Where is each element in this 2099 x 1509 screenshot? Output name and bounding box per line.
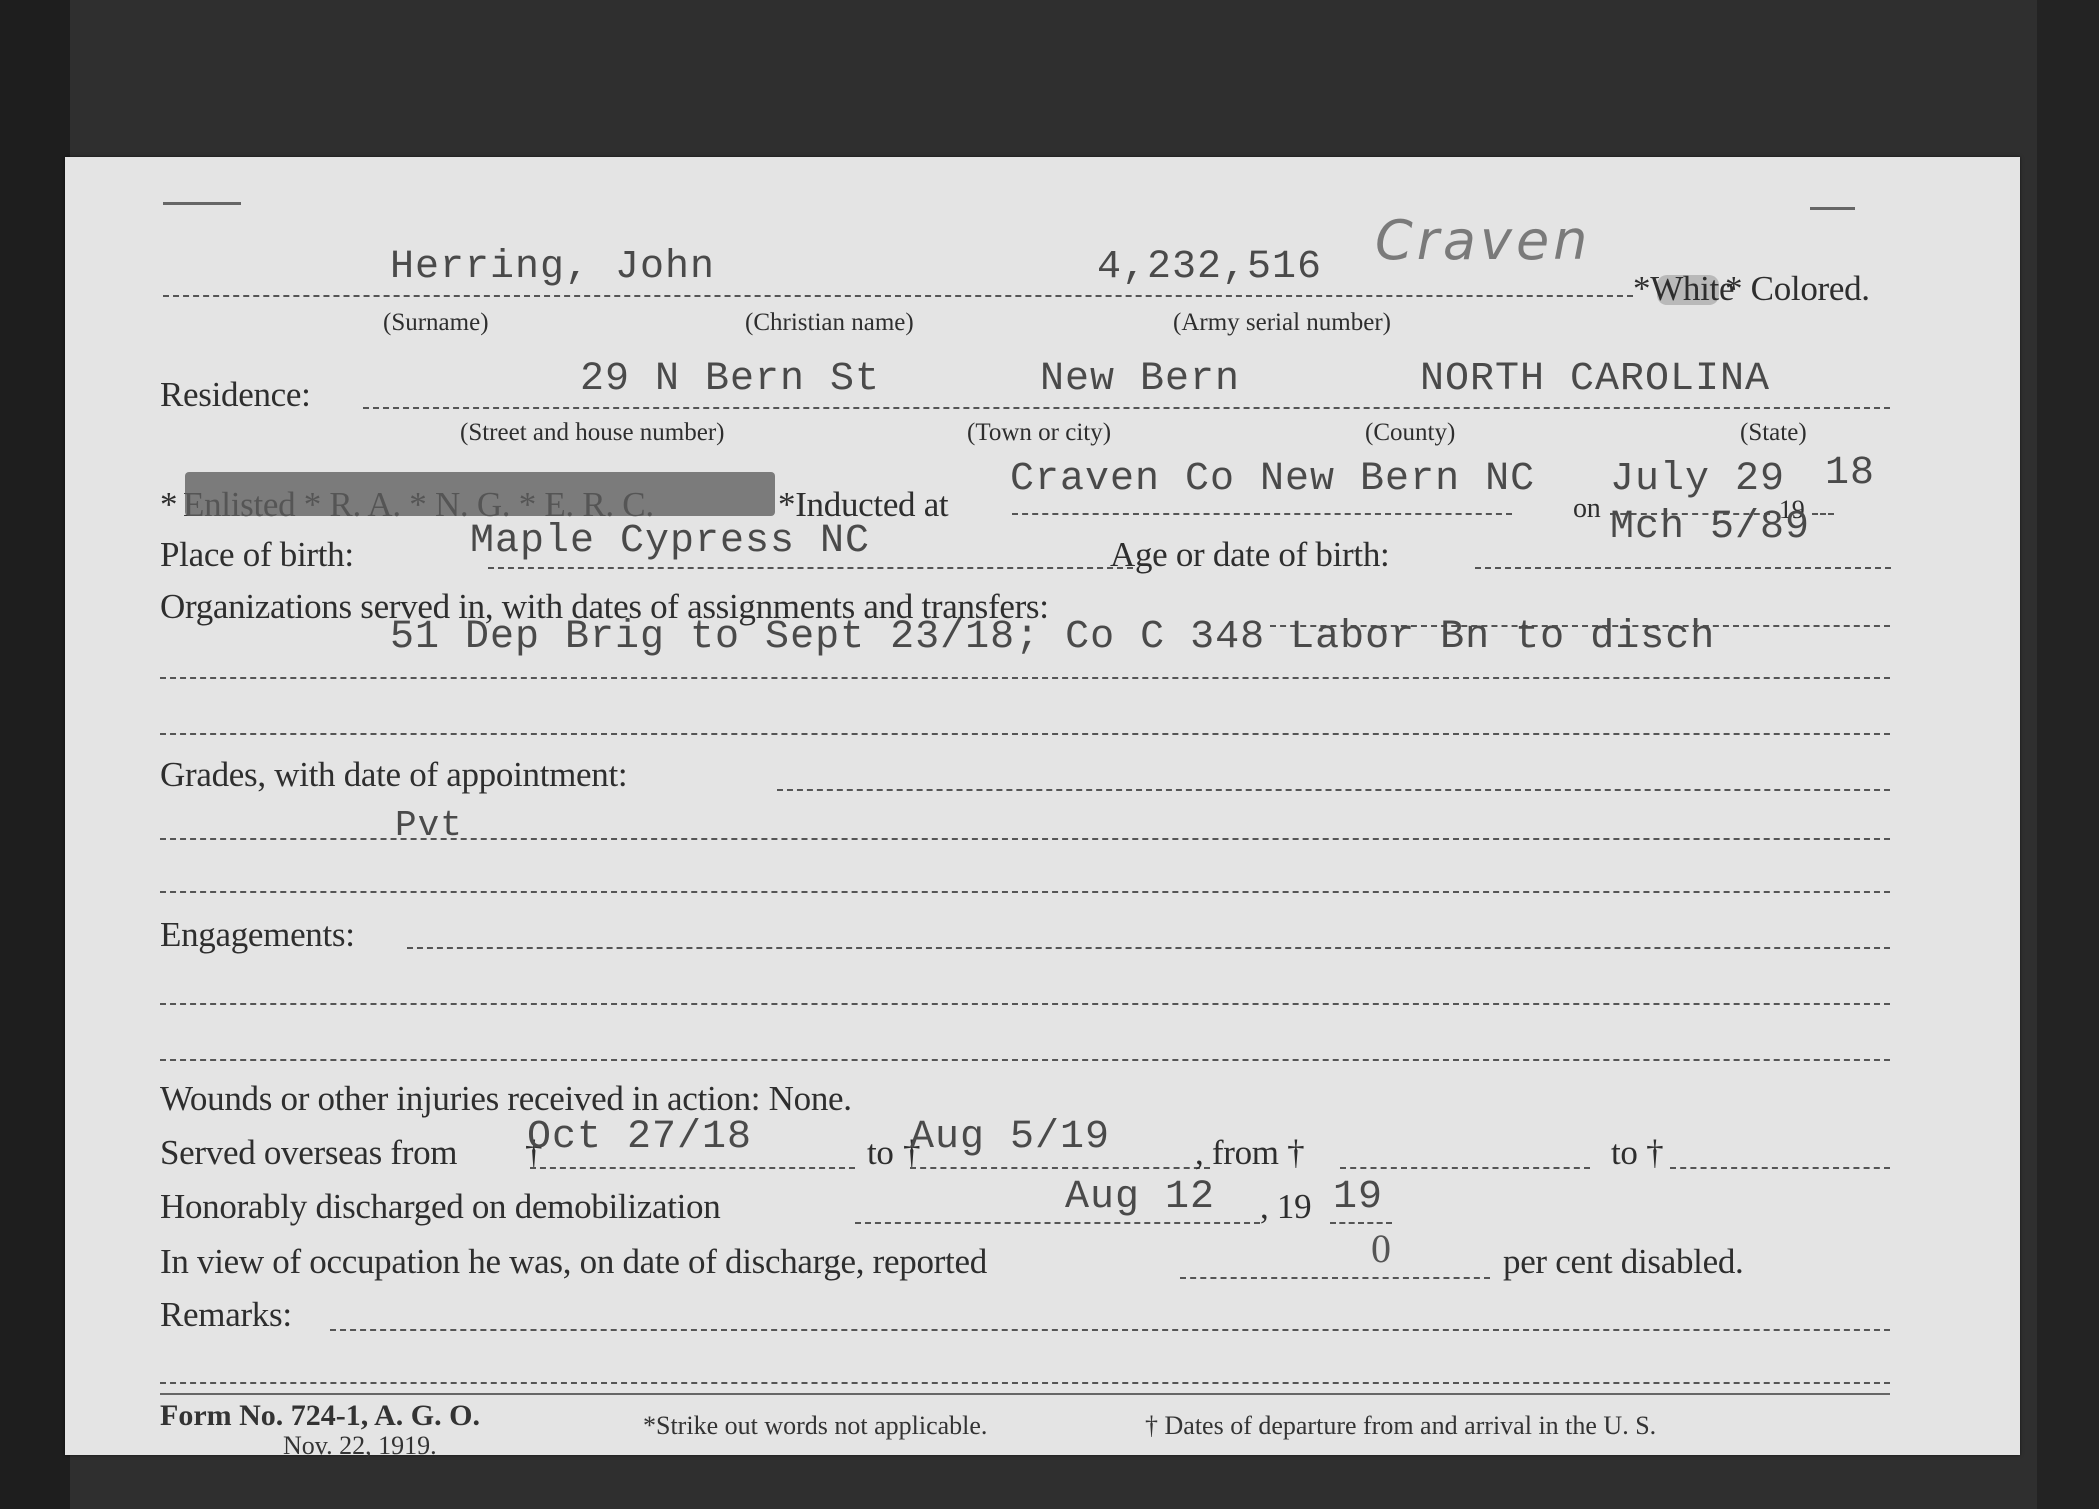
- remarks-line-2: [160, 1382, 1890, 1384]
- disability-percent: 0: [1371, 1225, 1391, 1272]
- service-record-card: Herring, John 4,232,516 Craven *White * …: [65, 157, 2020, 1455]
- caption-state: (State): [1740, 419, 1807, 447]
- place-of-birth: Maple Cypress NC: [470, 519, 870, 564]
- engagements-line-1: [407, 947, 1890, 949]
- second-to-line: [1670, 1167, 1890, 1169]
- top-left-mark: [163, 202, 241, 205]
- race-white: *White: [1633, 269, 1734, 309]
- discharge-year-prefix: , 19: [1260, 1187, 1311, 1227]
- footnote-strike-out: *Strike out words not applicable.: [643, 1411, 987, 1441]
- to-label: to: [867, 1133, 894, 1173]
- overseas-from-date: Oct 27/18: [527, 1115, 752, 1160]
- engagements-line-2: [160, 1003, 1890, 1005]
- caption-street: (Street and house number): [460, 419, 725, 447]
- footer-rule: [160, 1393, 1890, 1395]
- organizations-line-1: [160, 677, 1890, 679]
- disability-label: In view of occupation he was, on date of…: [160, 1242, 987, 1282]
- engagements-line-3: [160, 1059, 1890, 1061]
- remarks-line-1: [330, 1329, 1890, 1331]
- discharge-date: Aug 12: [1065, 1175, 1215, 1220]
- army-serial-number: 4,232,516: [1097, 245, 1322, 290]
- caption-army-serial: (Army serial number): [1173, 309, 1391, 337]
- discharge-year: 19: [1333, 1175, 1383, 1220]
- overseas-to-date: Aug 5/19: [910, 1115, 1110, 1160]
- residence-line: [363, 407, 1890, 409]
- grades-label-line: [777, 789, 1890, 791]
- discharge-year-line: [1330, 1222, 1392, 1224]
- organizations-line-2: [160, 733, 1890, 735]
- top-right-mark: [1810, 207, 1855, 210]
- engagements-label: Engagements:: [160, 915, 355, 955]
- inducted-line: [1012, 513, 1512, 515]
- caption-town: (Town or city): [967, 419, 1111, 447]
- place-of-birth-label: Place of birth:: [160, 535, 354, 575]
- inducted-date: July 29: [1610, 457, 1785, 502]
- overseas-from-line: [530, 1167, 855, 1169]
- strike-out-bar: [185, 472, 775, 516]
- from-dagger-label: , from †: [1195, 1133, 1304, 1173]
- scan-background-left: [0, 0, 70, 1509]
- wounds-label: Wounds or other injuries received in act…: [160, 1079, 852, 1119]
- served-overseas-label: Served overseas from: [160, 1133, 457, 1173]
- discharge-date-line: [855, 1222, 1260, 1224]
- inducted-year: 18: [1825, 451, 1875, 496]
- age-or-dob-label: Age or date of birth:: [1110, 535, 1389, 575]
- grades-line-2: [160, 891, 1890, 893]
- grades-label: Grades, with date of appointment:: [160, 755, 627, 795]
- date-of-birth: Mch 5/89: [1610, 505, 1810, 550]
- residence-town: New Bern: [1040, 357, 1240, 402]
- scan-background-right: [2037, 0, 2099, 1509]
- induction-asterisk: *: [160, 485, 177, 525]
- surname-christian-name: Herring, John: [390, 245, 715, 290]
- residence-street: 29 N Bern St: [580, 357, 880, 402]
- footnote-dates: † Dates of departure from and arrival in…: [1145, 1411, 1656, 1441]
- place-of-birth-line: [488, 567, 1133, 569]
- inducted-year-line: [1812, 513, 1834, 515]
- caption-christian-name: (Christian name): [745, 309, 914, 337]
- form-date: Nov. 22, 1919.: [283, 1431, 437, 1461]
- overseas-to-line: [910, 1167, 1210, 1169]
- form-number: Form No. 724-1, A. G. O.: [160, 1399, 480, 1433]
- residence-state: NORTH CAROLINA: [1420, 357, 1770, 402]
- handwritten-county: Craven: [1375, 209, 1591, 272]
- inducted-place: Craven Co New Bern NC: [1010, 457, 1535, 502]
- disability-suffix: per cent disabled.: [1503, 1242, 1743, 1282]
- grades-line-1: [160, 838, 1890, 840]
- residence-label: Residence:: [160, 375, 311, 415]
- date-of-birth-line: [1475, 567, 1891, 569]
- second-from-line: [1340, 1167, 1590, 1169]
- remarks-label: Remarks:: [160, 1295, 292, 1335]
- discharge-label: Honorably discharged on demobilization: [160, 1187, 720, 1227]
- caption-surname: (Surname): [383, 309, 489, 337]
- caption-county: (County): [1365, 419, 1455, 447]
- disability-line: [1180, 1277, 1490, 1279]
- race-colored: * Colored.: [1725, 269, 1870, 309]
- organizations-value: 51 Dep Brig to Sept 23/18; Co C 348 Labo…: [390, 615, 1715, 660]
- header-line: [163, 295, 1633, 297]
- on-label: on: [1573, 493, 1600, 525]
- to-dagger-label: to †: [1611, 1133, 1663, 1173]
